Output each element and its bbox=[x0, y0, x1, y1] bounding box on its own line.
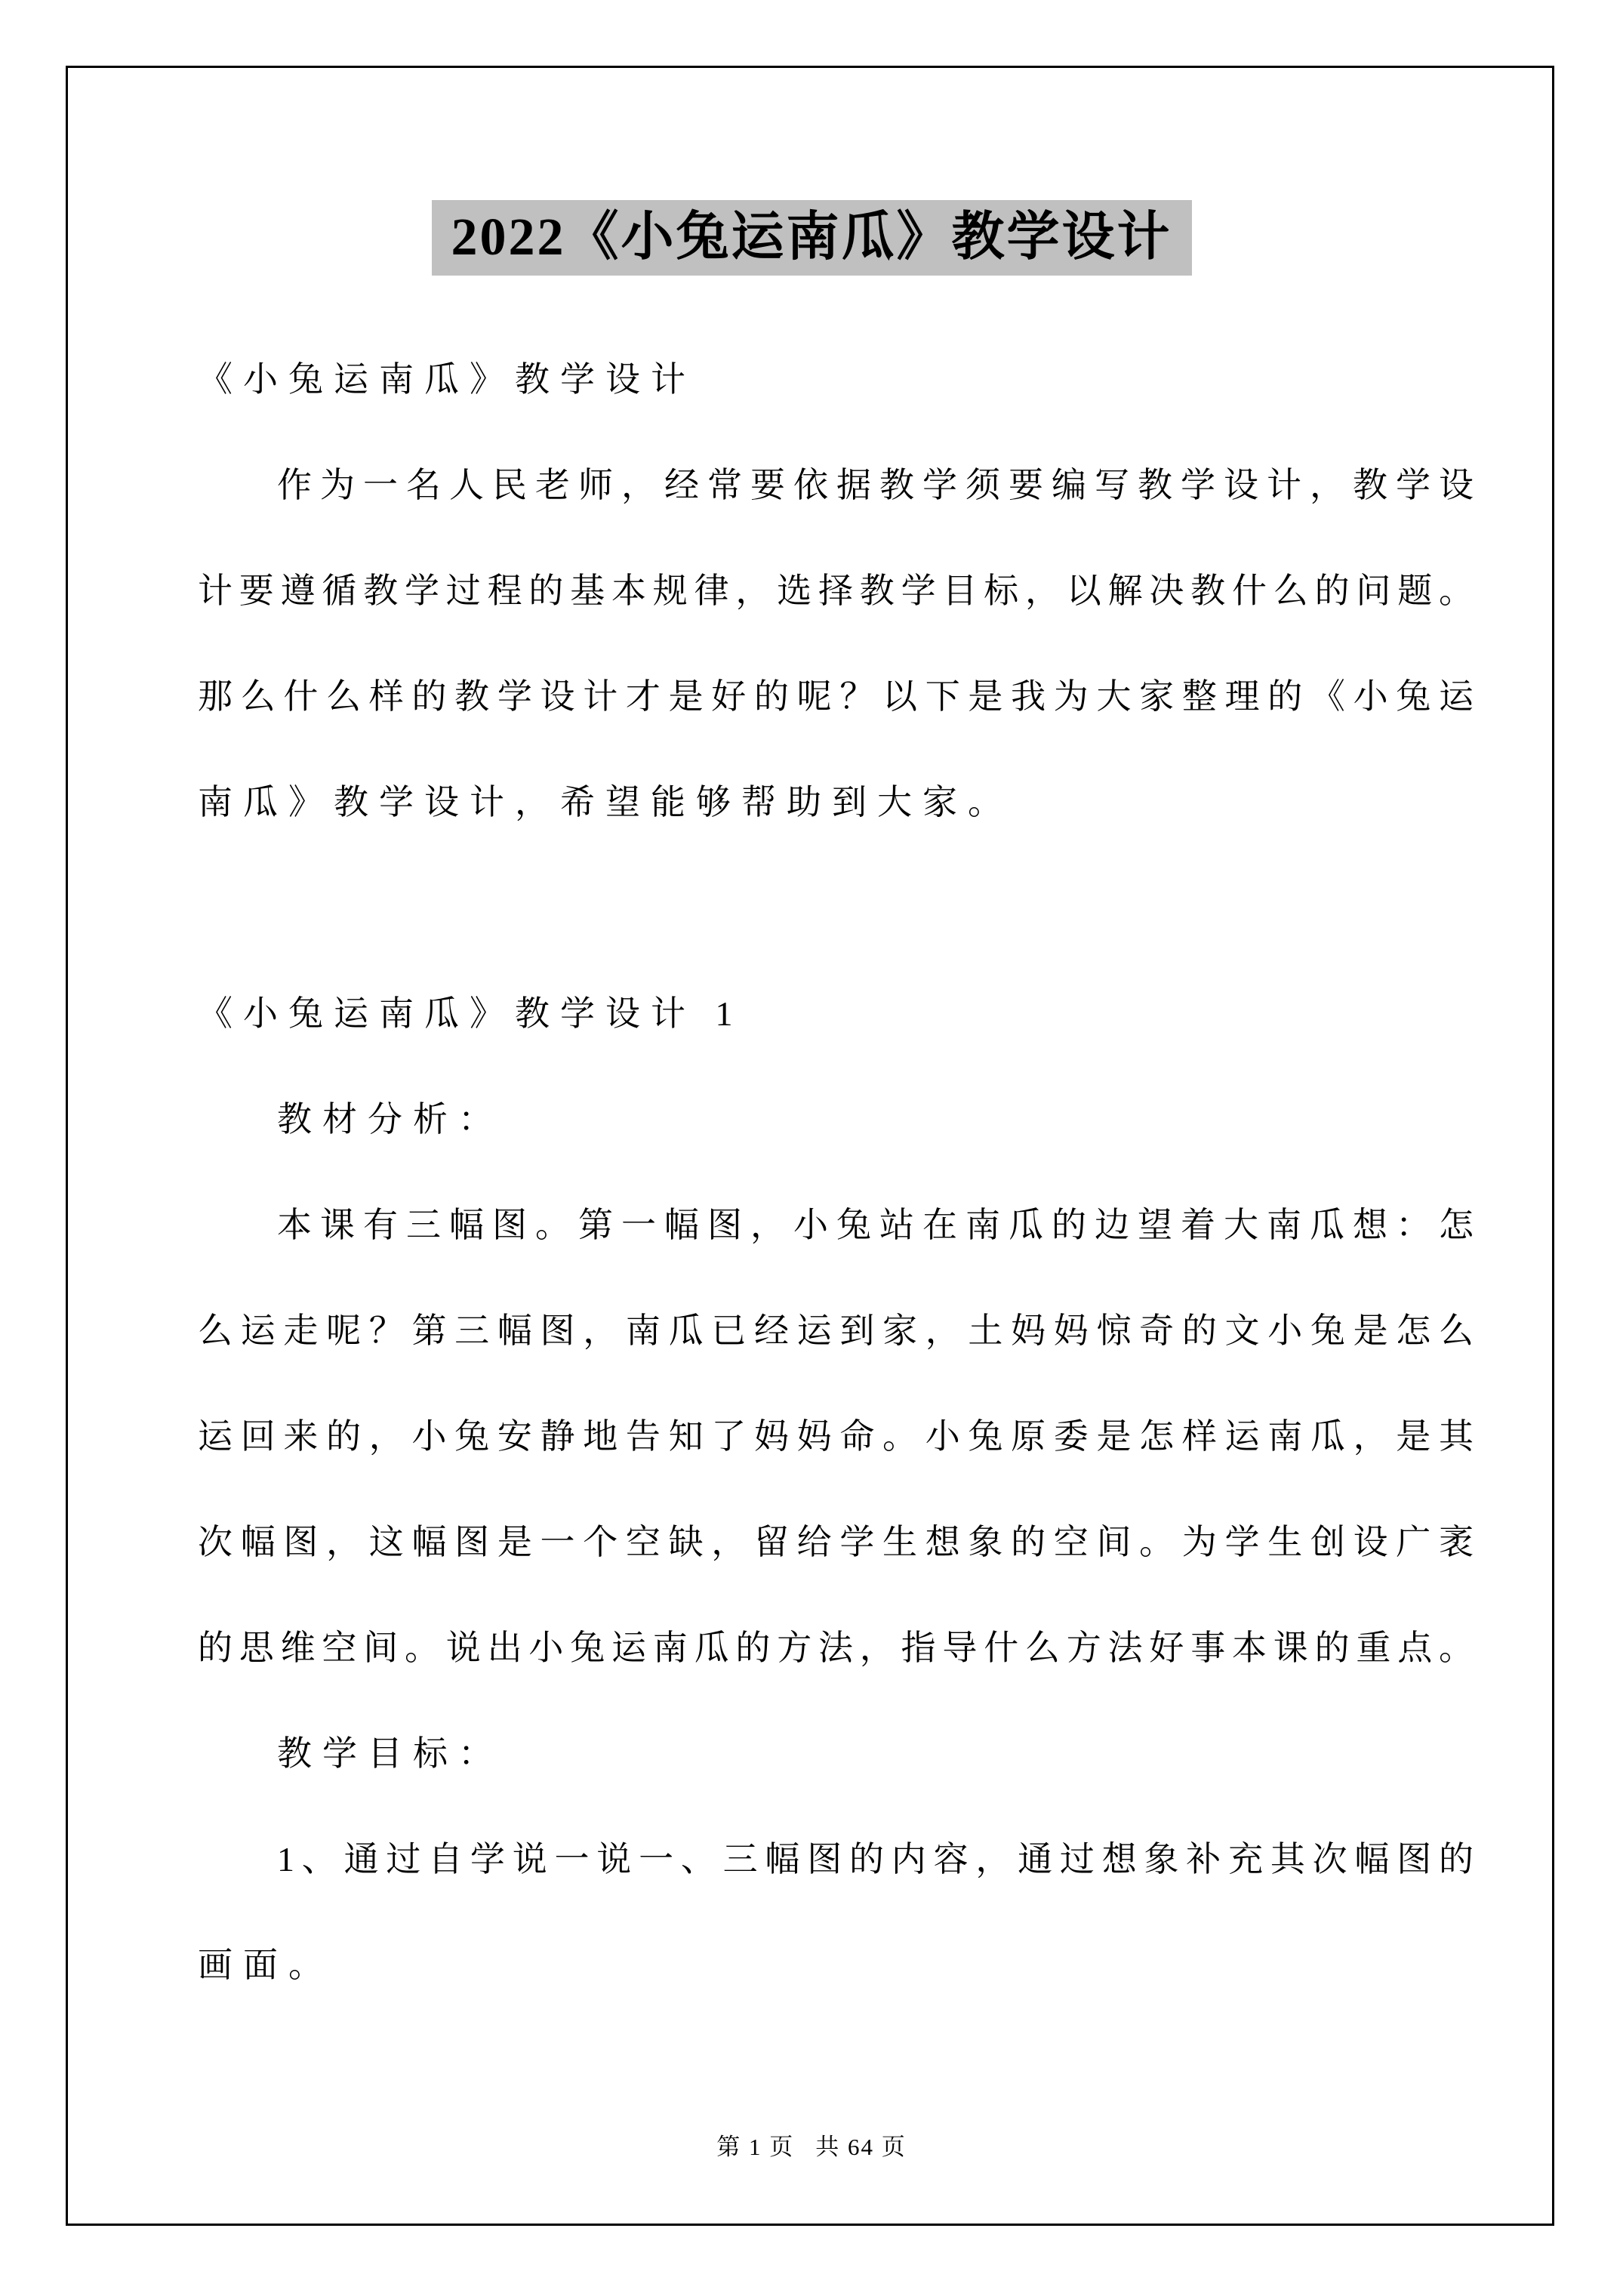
body-line: 本课有三幅图。第一幅图，小兔站在南瓜的边望着大南瓜想：怎 bbox=[198, 1173, 1474, 1278]
body-line: 那么什么样的教学设计才是好的呢？以下是我为大家整理的《小兔运 bbox=[198, 644, 1474, 750]
document-title: 2022《小兔运南瓜》教学设计 bbox=[432, 200, 1192, 276]
body-line: 作为一名人民老师，经常要依据教学须要编写教学设计，教学设 bbox=[198, 433, 1474, 538]
body-line: 画面。 bbox=[198, 1912, 1474, 2018]
body-line: 么运走呢？第三幅图，南瓜已经运到家，土妈妈惊奇的文小兔是怎么 bbox=[198, 1278, 1474, 1384]
body-line: 次幅图，这幅图是一个空缺，留给学生想象的空间。为学生创设广袤 bbox=[198, 1490, 1474, 1595]
page-number-label: 第 1 页 bbox=[716, 2134, 794, 2160]
document-body: 《小兔运南瓜》教学设计作为一名人民老师，经常要依据教学须要编写教学设计，教学设计… bbox=[198, 327, 1474, 2018]
body-line: 运回来的，小兔安静地告知了妈妈命。小兔原委是怎样运南瓜，是其 bbox=[198, 1384, 1474, 1490]
body-line: 教学目标： bbox=[198, 1701, 1474, 1807]
body-line: 《小兔运南瓜》教学设计 bbox=[198, 327, 1474, 433]
title-row: 2022《小兔运南瓜》教学设计 bbox=[0, 200, 1623, 276]
document-page: 2022《小兔运南瓜》教学设计 《小兔运南瓜》教学设计作为一名人民老师，经常要依… bbox=[0, 0, 1623, 2296]
body-line: 1、通过自学说一说一、三幅图的内容，通过想象补充其次幅图的 bbox=[198, 1807, 1474, 1912]
page-total-label: 共 64 页 bbox=[815, 2134, 907, 2160]
body-line bbox=[198, 855, 1474, 961]
body-line: 计要遵循教学过程的基本规律，选择教学目标，以解决教什么的问题。 bbox=[198, 538, 1474, 644]
body-line: 《小兔运南瓜》教学设计 1 bbox=[198, 961, 1474, 1067]
page-footer: 第 1 页共 64 页 bbox=[0, 2128, 1623, 2162]
body-line: 南瓜》教学设计，希望能够帮助到大家。 bbox=[198, 750, 1474, 855]
body-line: 的思维空间。说出小兔运南瓜的方法，指导什么方法好事本课的重点。 bbox=[198, 1595, 1474, 1701]
body-line: 教材分析： bbox=[198, 1067, 1474, 1173]
